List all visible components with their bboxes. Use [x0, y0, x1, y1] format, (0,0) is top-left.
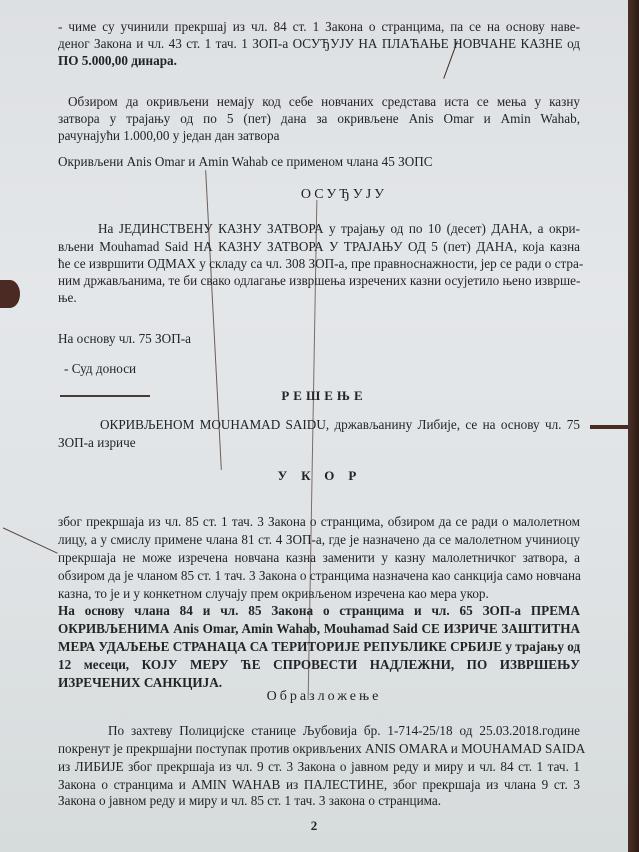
paragraph-line: лицу, а у смислу примене члана 81 ст. 4 …	[58, 531, 580, 548]
heading-resenje: РЕШЕЊЕ	[10, 388, 638, 404]
paragraph-line: рачунајући 1.000,00 у један дан затвора	[58, 127, 580, 144]
paragraph-line: деног Закона и чл. 43 ст. 1 тач. 1 ЗОП-а…	[58, 35, 580, 52]
paragraph-line: ПО 5.000,00 динара.	[58, 52, 580, 69]
paper-tear	[0, 280, 20, 308]
paragraph-line: ОКРИВЉЕНИМА Anis Omar, Amin Wahab, Mouha…	[58, 620, 580, 637]
paragraph-line: МЕРА УДАЉЕЊЕ СТРАНАЦА СА ТЕРИТОРИЈЕ РЕПУ…	[58, 638, 580, 655]
paragraph-line: ње.	[58, 289, 580, 306]
paragraph-line: Окривљени Anis Omar и Amin Wahab се прим…	[58, 153, 580, 170]
paragraph-line: покренут је прекршајни поступак против о…	[58, 740, 580, 757]
paragraph-line: По захтеву Полицијске станице Љубовија б…	[58, 722, 580, 739]
heading-osudjuju: ОСУЂУЈУ	[30, 187, 639, 203]
paragraph-line: Закона о странцима и AMIN WAHAB из ПАЛЕС…	[58, 776, 580, 793]
paragraph-line: - Суд доноси	[58, 360, 586, 377]
paragraph-line: вљени Mouhamad Said НА КАЗНУ ЗАТВОРА У Т…	[58, 238, 580, 255]
paragraph-line: прекршаја не може изречена новчана казна…	[58, 549, 580, 566]
paragraph-line: обзиром да је чланом 85 ст. 1 тач. 3 Зак…	[58, 567, 580, 584]
paper-crease	[2, 527, 57, 554]
paragraph-line: ЗОП-а изриче	[58, 434, 580, 451]
paragraph-line: На основу члана 84 и чл. 85 Закона о стр…	[58, 602, 580, 619]
paper-tear	[590, 425, 628, 429]
paragraph-line: 12 месеци, КОЈУ МЕРУ ЋЕ СПРОВЕСТИ НАДЛЕЖ…	[58, 656, 580, 673]
page-number: 2	[0, 818, 628, 834]
document-page: - чиме су учинили прекршај из чл. 84 ст.…	[0, 0, 628, 852]
heading-obrazlozenje: Образложење	[10, 689, 638, 705]
paragraph-line: Обзиром да окривљени немају код себе нов…	[58, 93, 580, 110]
paragraph-line: ним држављанима, те би свако одлагање из…	[58, 272, 580, 289]
heading-ukor: УКОР	[10, 468, 638, 484]
paragraph-line: Закона о јавном реду и миру и чл. 85 ст.…	[58, 792, 580, 809]
paragraph-line: казна, то је и у конкетном случају прем …	[58, 585, 580, 602]
paragraph-line: из ЛИБИЈЕ због прекршаја из чл. 9 ст. 3 …	[58, 758, 580, 775]
paragraph-line: затвора у трајању од по 5 (пет) дана за …	[58, 110, 580, 127]
paragraph-line: ће се извршити ОДМАХ у складу са чл. 308…	[58, 255, 580, 272]
paragraph-line: ОКРИВЉЕНОМ MOUHAMAD SAIDU, држављанину Л…	[58, 416, 580, 433]
paragraph-line: због прекршаја из чл. 85 ст. 1 тач. 3 За…	[58, 513, 580, 530]
paragraph-line: На основу чл. 75 ЗОП-а	[58, 330, 580, 347]
paragraph-line: На ЈЕДИНСТВЕНУ КАЗНУ ЗАТВОРА у трајању о…	[58, 220, 580, 237]
paragraph-line: - чиме су учинили прекршај из чл. 84 ст.…	[58, 18, 580, 35]
background-surface	[628, 0, 639, 852]
